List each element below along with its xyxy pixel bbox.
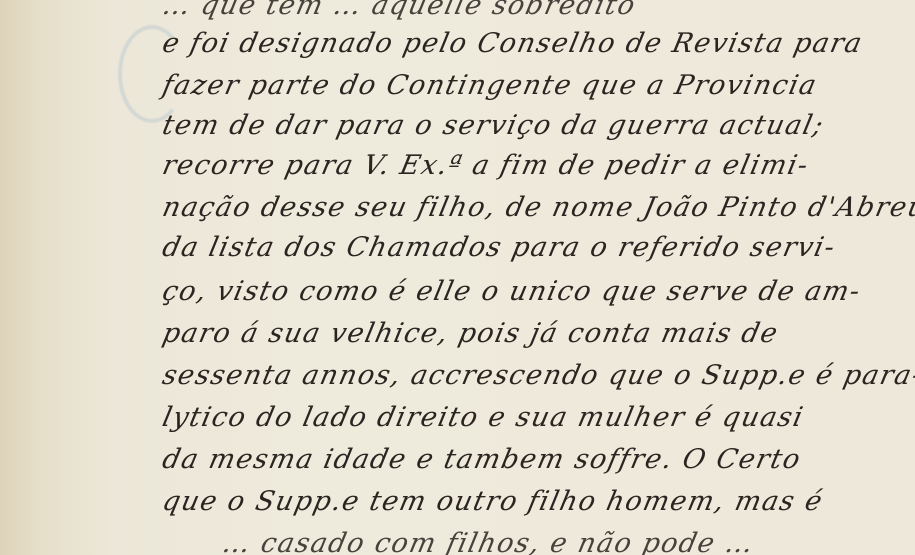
- text-line-11: lytico do lado direito e sua mulher é qu…: [160, 404, 806, 431]
- text-line-7: da lista dos Chamados para o referido se…: [160, 234, 838, 261]
- text-line-12: da mesma idade e tambem soffre. O Certo: [160, 446, 804, 473]
- text-line-1: … que tem … aquelle sobredito: [160, 0, 639, 19]
- text-line-4: tem de dar para o serviço da guerra actu…: [160, 112, 827, 139]
- text-line-2: e foi designado pelo Conselho de Revista…: [160, 30, 865, 57]
- text-line-14: … casado com filhos, e não pode …: [220, 530, 757, 555]
- text-line-9: paro á sua velhice, pois já conta mais d…: [160, 320, 781, 347]
- text-line-5: recorre para V. Ex.ª a fim de pedir a el…: [160, 152, 812, 179]
- text-line-6: nação desse seu filho, de nome João Pint…: [160, 194, 915, 221]
- text-line-10: sessenta annos, accrescendo que o Supp.e…: [160, 362, 915, 389]
- text-line-8: ço, visto como é elle o unico que serve …: [160, 278, 864, 305]
- manuscript-page: … que tem … aquelle sobredito e foi desi…: [0, 0, 915, 555]
- text-line-13: que o Supp.e tem outro filho homem, mas …: [160, 488, 826, 515]
- text-line-3: fazer parte do Contingente que a Provinc…: [160, 72, 820, 99]
